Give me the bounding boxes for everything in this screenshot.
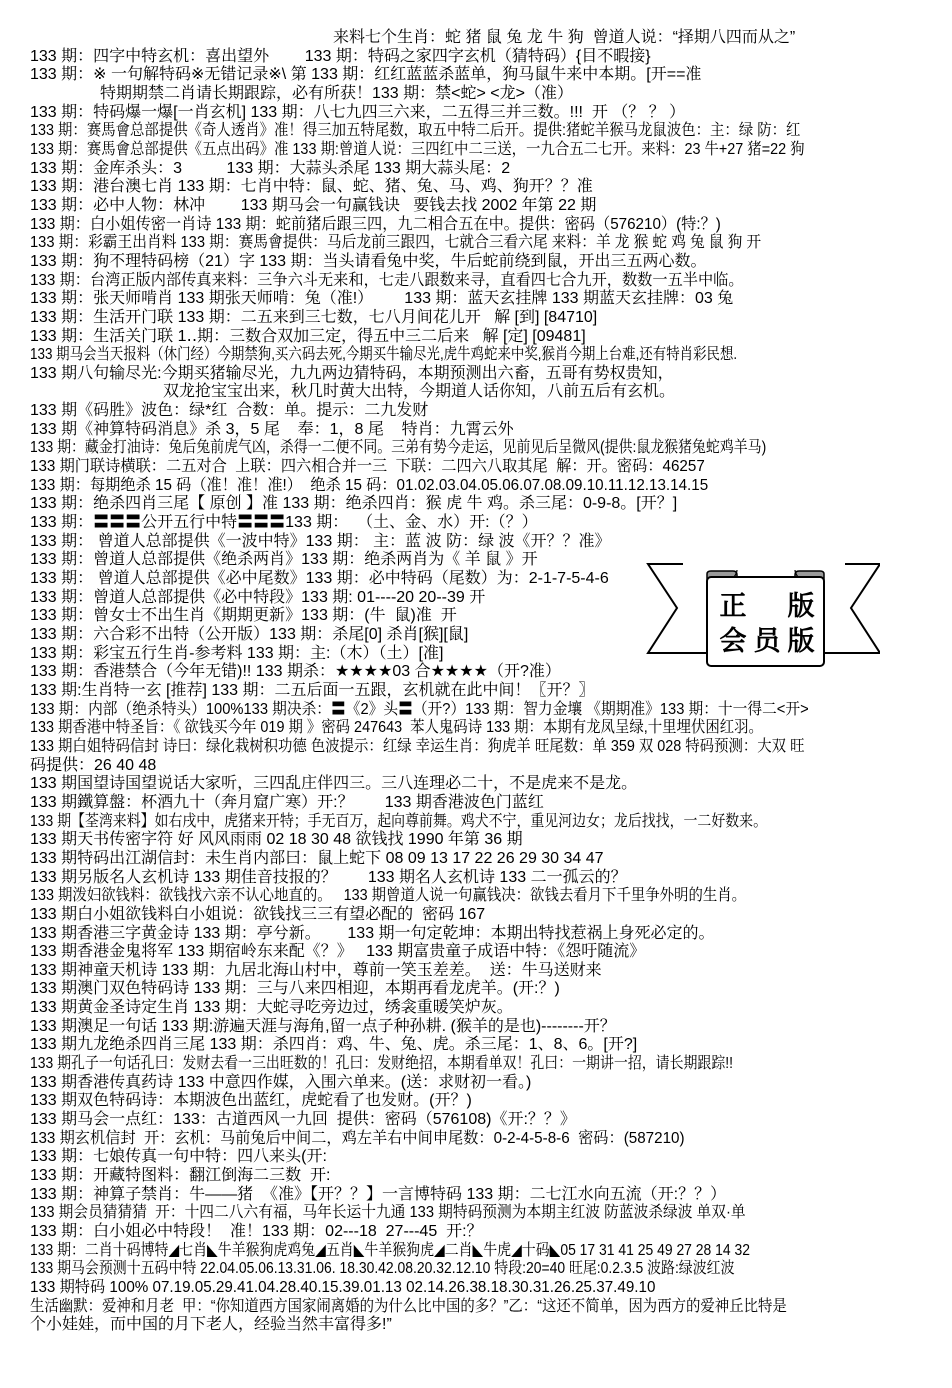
text-line: 133 期香港中特圣旨：《 欲钱买今年 019 期 》密码 247643 苯人鬼… <box>3 719 860 738</box>
text-line: 133 期：绝杀四肖三尾【 原创 】准 133 期：绝杀四肖：猴 虎 牛 鸡。杀… <box>0 495 952 514</box>
text-line: 133 期香港传真药诗 133 中意四作媒，入围六单来。(送：求财初一看。) <box>0 1074 952 1093</box>
badge-char: 员 <box>752 627 782 657</box>
text-line: 133 期特码 100% 07.19.05.29.41.04.28.40.15.… <box>2 1279 906 1298</box>
text-line: 133 期澳门双色特码诗 133 期：三与八来四相迎，本期再看龙虎羊。(开:？) <box>0 980 952 999</box>
text-line: 133 期：赛馬會总部提供《奇人透肖》准！得三加五特尾数，取五中特二后开。提供:… <box>3 122 860 141</box>
text-line: 133 期：张天师啃肖 133 期张天师啃：兔（准!） 133 期：蓝天玄挂牌 … <box>0 290 952 309</box>
text-line: 133 期另版名人玄机诗 133 期佳音技报的？ 133 期名人玄机诗 133 … <box>0 869 952 888</box>
text-line: 133 期天书传密字符 好 风风雨雨 02 18 30 48 欲钱找 1990 … <box>0 831 952 850</box>
badge-char: 正 <box>718 592 748 622</box>
text-line: 133 期马会当天报料（休门经）今期禁狗,买六码去死,今期买牛输尽光,虎牛鸡蛇来… <box>5 346 805 365</box>
text-line: 133 期门联诗横联：二五对合 上联：四六相合并一三 下联：二四六八取其尾 解：… <box>2 458 906 477</box>
text-line: 133 期双色特码诗：本期波色出蓝红，虎蛇看了也发财。(开？) <box>0 1092 952 1111</box>
text-line: 133 期：藏金打油诗：兔后兔前虎气凶，杀得一二便不同。三弟有势今走运，见前见后… <box>4 439 832 458</box>
official-member-edition-badge: 正 版 会 员 版 <box>640 540 880 680</box>
text-line: 133 期：神算子禁肖：牛——猪 《准》【开？？】一言博特码 133 期：二七江… <box>0 1186 952 1205</box>
text-line: 133 期特码出江湖信封：未生肖内部曰：鼠上蛇下 08 09 13 17 22 … <box>0 850 952 869</box>
text-line: 133 期【荃湾来料】如右戌中，虎猪来开特；手无百万，起向尊前舞。鸡犬不宁，重见… <box>4 813 832 832</box>
text-line: 133 期：四字中特玄机：喜出望外 133 期：特码之家四字玄机（猜特码）{目不… <box>0 48 952 67</box>
text-line: 133 期马会预测十五码中特 22.04.05.06.13.31.06. 18.… <box>4 1260 832 1279</box>
text-line: 133 期：二肖十码博特◢七肖◣牛羊猴狗虎鸡兔◢五肖◣牛羊猴狗虎◢二肖◣牛虎◢十… <box>4 1242 832 1261</box>
text-line: 来料七个生肖：蛇 猪 鼠 兔 龙 牛 狗 曾道人说：“择期八四而从之” <box>0 29 952 48</box>
text-line: 生活幽默：爱神和月老 甲：“你知道西方国家闹离婚的为什么比中国的多？”乙：“这还… <box>3 1298 860 1317</box>
text-line: 133 期《码胜》波色：绿*红 合数：单。提示：二九发财 <box>0 402 952 421</box>
text-line: 133 期：生活开门联 133 期：二五来到三七数，七八月间花儿开 解 [到] … <box>0 309 952 328</box>
text-line: 133 期鐵算盤：杯酒九十（奔月窟广寒）开:？ 133 期香港波色门蓝红 <box>0 794 952 813</box>
text-line: 133 期：赛馬會总部提供《五点出码》准 133 期:曾道人说：三四红中二三送，… <box>3 141 860 160</box>
text-line: 133 期澳足一句话 133 期:游遍天涯与海角,留一点子种孙耕. (猴羊的是也… <box>0 1018 952 1037</box>
text-line: 133 期：生活关门联 1‥期：三数合双加三定，得五中三二后来 解 [定] [0… <box>0 328 952 347</box>
text-line: 133 期泼妇欲钱料：欲钱找六亲不认心地直的。 133 期曾道人说一句赢钱决：欲… <box>3 887 860 906</box>
text-line: 133 期：内部（绝杀特头）100%133 期决杀：〓《2》头〓（开?）133 … <box>2 701 878 720</box>
text-line: 133 期：七娘传真一句中特：四八来头(开: <box>0 1148 952 1167</box>
text-line: 133 期：特码爆一爆[一肖玄机] 133 期：八七九四三六来，二五得三并三数。… <box>0 104 952 123</box>
text-line: 特期期禁二肖请长期跟踪，必有所获！133 期：禁<蛇> <龙>（准） <box>0 85 952 104</box>
text-line: 133 期白小姐欲钱料白小姐说：欲钱找三三有望必配的 密码 167 <box>0 906 952 925</box>
text-line: 133 期八句输尽光:今期买猪输尽光，九九两边猜特码，本期预测出六畜，五哥有势权… <box>0 365 952 384</box>
text-line: 133 期马会一点红：133：古道西风一九回 提供：密码（576108)《开:？… <box>0 1111 952 1130</box>
text-line: 133 期神童天机诗 133 期：九居北海山村中，尊前一笑玉差差。 送：牛马送财… <box>0 962 952 981</box>
badge-char: 会 <box>718 627 748 657</box>
badge-char: 版 <box>786 627 816 657</box>
text-line: 133 期九龙绝杀四肖三尾 133 期：杀四肖：鸡、牛、兔、虎。杀三尾：1、8、… <box>0 1036 952 1055</box>
text-line: 双龙抢宝宝出来，秋几时黄大出特，今期道人话你知，八前五后有玄机。 <box>0 383 952 402</box>
text-line: 133 期：彩霸王出肖料 133 期：赛馬會提供：马后龙前三跟四，七就合三看六尾… <box>2 234 878 253</box>
text-line: 133 期国望诗国望说话大家听，三四乱庄伴四三。三八连理必二十，不是虎来不是龙。 <box>0 775 952 794</box>
text-line: 133 期：港台澳七肖 133 期：七肖中特：鼠、蛇、猪、兔、马、鸡、狗开？？准 <box>0 178 952 197</box>
text-line: 133 期：〓〓〓公开五行中特〓〓〓133 期： （土、金、水）开:（？） <box>0 514 952 533</box>
text-line: 133 期：必中人物：林冲 133 期马会一句赢钱诀 要钱去找 2002 年第 … <box>0 197 952 216</box>
text-line: 133 期会员猜猜猜 开：十四二八六有福，马年长运十九通 133 期特码预测为本… <box>2 1204 878 1223</box>
text-line: 133 期:生肖特一玄 [推荐] 133 期：二五后面一五跟，玄机就在此中间！〖… <box>0 682 952 701</box>
text-line: 码提供：26 40 48 <box>0 757 952 776</box>
text-line: 133 期：开藏特图料：翻江倒海二三数 开: <box>0 1167 952 1186</box>
text-line: 个小娃娃，而中国的月下老人，经验当然丰富得多!” <box>0 1316 952 1335</box>
text-line: 133 期香港三字黄金诗 133 期：亭兮新。 133 期一句定乾坤：本期出特找… <box>0 925 952 944</box>
text-line: 133 期：金库杀头：3 133 期：大蒜头杀尾 133 期大蒜头尾：2 <box>0 160 952 179</box>
text-line: 133 期：狗不理特码榜（21）字 133 期：当头请看兔中奖，牛后蛇前绕到鼠，… <box>0 253 952 272</box>
badge-char: 版 <box>786 592 816 622</box>
text-line: 133 期：白小姐必中特段！ 准！133 期：02---18 27---45 开… <box>0 1223 952 1242</box>
text-line: 133 期黄金圣诗定生肖 133 期：大蛇寻吃旁边过，绣衾重暖笑炉灰。 <box>0 999 952 1018</box>
text-line: 133 期：※ 一句解特码※无错记录※\ 第 133 期：红红蓝蓝杀蓝单，狗马鼠… <box>0 66 952 85</box>
text-line: 133 期香港金鬼将军 133 期宿岭东来配《？》 133 期富贵童子成语中特：… <box>0 943 952 962</box>
ribbon-scroll-icon <box>640 540 880 680</box>
text-line: 133 期玄机信封 开：玄机：马前兔后中间二，鸡左羊右中间申尾数：0-2-4-5… <box>2 1130 906 1149</box>
text-line: 133 期：每期绝杀 15 码（准！准！准!） 绝杀 15 码：01.02.03… <box>2 477 906 496</box>
document-body: 来料七个生肖：蛇 猪 鼠 兔 龙 牛 狗 曾道人说：“择期八四而从之” 133 … <box>0 29 952 1335</box>
text-line: 133 期：白小姐传密一肖诗 133 期：蛇前猪后跟三四，九二相合五在中。提供：… <box>2 216 906 235</box>
text-line: 133 期孔子一句话孔曰：发财去看一三出旺数的！孔曰：发财绝招，本期看单双！孔曰… <box>4 1055 832 1074</box>
text-line: 133 期白姐特码信封 诗曰：绿化栽树积功德 色波提示：红绿 幸运生肖：狗虎羊 … <box>3 738 860 757</box>
text-line: 133 期：台湾正版内部传真来料：三争六斗无来和，七走八跟数来寻，直看四七合九开… <box>2 272 906 291</box>
text-line: 133 期《神算特码消息》杀 3，5 尾 奉：1，8 尾 特肖：九霄云外 <box>0 421 952 440</box>
